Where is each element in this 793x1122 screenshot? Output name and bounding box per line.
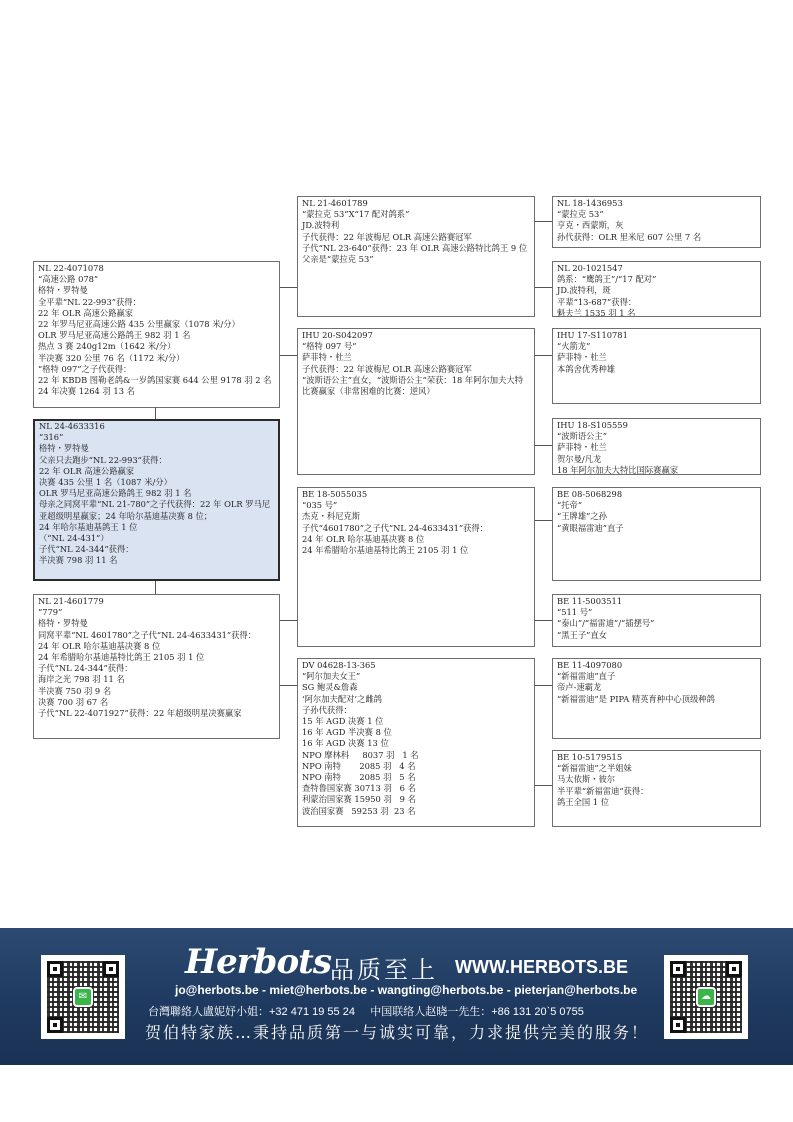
pedigree-text-line: 24 年决赛 1264 羽 13 名 (38, 386, 275, 397)
ring-number: NL 24-4633316 (39, 421, 274, 432)
pedigree-dam-dam-box: DV 04628-13-365“阿尔加夫女王”SG 鲍灵&詹森‘阿尔加夫配对’之… (297, 658, 535, 827)
footer-banner: ✉ Herbots 品质至上 WWW.HERBOTS.BE jo@herbots… (0, 928, 793, 1065)
pedigree-text-line: 半决赛 320 公里 76 名（1172 米/分） (38, 353, 275, 364)
ring-number: BE 18-5055035 (302, 489, 530, 500)
ring-number: BE 11-4097080 (557, 660, 756, 671)
pedigree-text-line: 热点 3 赛 240g12m（1642 米/分） (38, 341, 275, 352)
ring-number: BE 10-5179515 (557, 752, 756, 763)
pedigree-text-line: “高速公路 078” (38, 274, 275, 285)
ring-number: NL 18-1436953 (557, 198, 756, 209)
ring-number: BE 08-5068298 (557, 489, 756, 500)
wechat-icon: ☁ (696, 987, 716, 1007)
pedigree-text-line: 子代“NL 24-344”获得： (39, 544, 274, 555)
connector-line (535, 685, 552, 686)
pedigree-text-line: “蒙拉克 53” (557, 209, 756, 220)
pedigree-text-line: 半平辈“新福雷迪”获得： (557, 786, 756, 797)
pedigree-text-line: 波治国家赛 59253 羽 23 名 (302, 806, 530, 817)
pedigree-text-line: 格特・罗特曼 (39, 443, 274, 454)
pedigree-sire-sire-box: NL 21-4601789“蒙拉克 53”X“17 配对鸽系”JD.波特利子代获… (297, 196, 535, 317)
pedigree-gen3-box-5: BE 08-5068298“托帝”“王牌雄”之孙“黄眼福雷迪”直子 (552, 487, 761, 581)
ring-number: IHU 18-S105559 (557, 420, 756, 431)
pedigree-text-line: 格特・罗特曼 (38, 618, 275, 629)
pedigree-text-line: “阿尔加夫女王” (302, 671, 530, 682)
pedigree-text-line: “779” (38, 607, 275, 618)
pedigree-text-line: 父亲只去跑步“NL 22-993”获得： (39, 455, 274, 466)
pedigree-text-line: 子代“NL 23-640”获得：23 年 OLR 高速公路特比鸽王 9 位 (302, 243, 530, 254)
pedigree-text-line: “格特 097”之子代获得： (38, 364, 275, 375)
pedigree-text-line: 22 年 OLR 高速公路赢家 (38, 308, 275, 319)
pedigree-sire-dam-box: IHU 20-S042097“格特 097 号”萨菲特・杜兰子代获得：22 年波… (297, 328, 535, 475)
pedigree-text-line: “新福雷迪”直子 (557, 671, 756, 682)
pedigree-text-line: “黑王子”直女 (557, 630, 756, 641)
pedigree-text-line: “新福雷迪”之半姐妹 (557, 763, 756, 774)
pedigree-text-line: 半决赛 798 羽 11 名 (39, 555, 274, 566)
pedigree-text-line: 24 年希腊哈尔基迪基特比鸽王 2105 羽 1 位 (38, 652, 275, 663)
pedigree-text-line: 萨菲特・杜兰 (302, 352, 530, 363)
ring-number: NL 20-1021547 (557, 263, 756, 274)
pedigree-dam-box: NL 21-4601779“779”格特・罗特曼同窝平辈“NL 4601780”… (33, 594, 280, 739)
pedigree-text-line: 魁夫兰 1535 羽 1 名 (557, 308, 756, 317)
pedigree-subject-box: NL 24-4633316“316”格特・罗特曼父亲只去跑步“NL 22-993… (33, 419, 280, 581)
pedigree-text-line: ‘阿尔加夫配对’之雌鸽 (302, 694, 530, 705)
pedigree-text-line: NPO 摩林科 8037 羽 1 名 (302, 750, 530, 761)
pedigree-text-line: 亨克・西蒙斯，灰 (557, 220, 756, 231)
pedigree-text-line: 24 年哈尔基迪基鸽王 1 位 (39, 522, 274, 533)
pedigree-text-line: “035 号” (302, 500, 530, 511)
pedigree-gen3-box-3: IHU 17-S110781“火箭龙”萨菲特・杜兰本鸽舍优秀种雄 (552, 328, 761, 404)
pedigree-text-line: 22 年罗马尼亚高速公路 435 公里赢家（1078 米/分） (38, 319, 275, 330)
herbots-logo: Herbots (185, 942, 331, 982)
pedigree-text-line: 子代获得：22 年波梅尼 OLR 高速公路赛冠军 (302, 364, 530, 375)
connector-line (535, 221, 552, 222)
pedigree-text-line: SG 鲍灵&詹森 (302, 682, 530, 693)
connector-line (280, 355, 297, 356)
pedigree-text-line: OLR 罗马尼亚高速公路鸽王 982 羽 1 名 (39, 488, 274, 499)
pedigree-text-line: JD.波特利，斑 (557, 285, 756, 296)
ring-number: BE 11-5003511 (557, 596, 756, 607)
pedigree-text-line: 决赛 700 羽 67 名 (38, 697, 275, 708)
connector-line (280, 685, 297, 686)
pedigree-text-line: 18 年阿尔加夫大特比国际赛赢家 (557, 465, 756, 475)
pedigree-text-line: 海岸之光 798 羽 11 名 (38, 674, 275, 685)
pedigree-text-line: 16 年 AGD 半决赛 8 位 (302, 727, 530, 738)
pedigree-gen3-box-8: BE 10-5179515“新福雷迪”之半姐妹马太依斯・彼尔半平辈“新福雷迪”获… (552, 750, 761, 827)
ring-number: NL 22-4071078 (38, 263, 275, 274)
pedigree-text-line: “泰山”/“福雷迪”/“插摆号” (557, 618, 756, 629)
ring-number: IHU 20-S042097 (302, 330, 530, 341)
pedigree-text-line: “王牌雄”之孙 (557, 511, 756, 522)
contact-phones: 台灣聯絡人盧妮妤小姐：+32 471 19 55 24 中国联络人赵晓一先生：+… (148, 1003, 584, 1019)
pedigree-text-line: 22 年 OLR 高速公路赢家 (39, 466, 274, 477)
pedigree-text-line: 15 年 AGD 决赛 1 位 (302, 716, 530, 727)
motto: 贺伯特家族…秉持品质第一与诚实可靠，力求提供完美的服务！ (145, 1020, 649, 1043)
pedigree-text-line: 马太依斯・彼尔 (557, 774, 756, 785)
line-icon: ✉ (73, 987, 93, 1007)
line-qr-code[interactable]: ✉ (41, 955, 125, 1039)
pedigree-text-line: （“NL 24-431”） (39, 533, 274, 544)
qr-finder (103, 961, 119, 977)
connector-line (280, 287, 297, 288)
pedigree-gen3-box-1: NL 18-1436953“蒙拉克 53”亨克・西蒙斯，灰孙代获得：OLR 里米… (552, 196, 761, 248)
ring-number: IHU 17-S110781 (557, 330, 756, 341)
pedigree-text-line: “316” (39, 432, 274, 443)
pedigree-sire-box: NL 22-4071078“高速公路 078”格特・罗特曼全平辈“NL 22-9… (33, 261, 280, 408)
pedigree-text-line: 母亲之同窝平辈“NL 21-780”之子代获得：22 年 OLR 罗马尼亚超级明… (39, 499, 274, 521)
pedigree-text-line: “新福雷迪”是 PIPA 精英育种中心顶级种鸽 (557, 694, 756, 705)
pedigree-text-line: “格特 097 号” (302, 341, 530, 352)
pedigree-gen3-box-4: IHU 18-S105559“波斯语公主”萨菲特・杜兰贺尔曼/凡龙18 年阿尔加… (552, 418, 761, 475)
pedigree-text-line: “波斯语公主”直女，“波斯语公主”荣获：18 年阿尔加夫大特比赛赢家（非常困难的… (302, 375, 530, 397)
connector-line (155, 407, 156, 419)
pedigree-text-line: 杰克・科尼克斯 (302, 511, 530, 522)
pedigree-text-line: 24 年 OLR 哈尔基迪基决赛 8 位 (38, 641, 275, 652)
wechat-qr-code[interactable]: ☁ (664, 955, 748, 1039)
pedigree-text-line: NPO 南特 2085 羽 5 名 (302, 772, 530, 783)
qr-finder (47, 961, 63, 977)
connector-line (155, 581, 156, 594)
pedigree-dam-sire-box: BE 18-5055035“035 号”杰克・科尼克斯子代“4601780”之子… (297, 487, 535, 647)
pedigree-text-line: 子代“NL 24-344”获得： (38, 663, 275, 674)
email-links[interactable]: jo@herbots.be - miet@herbots.be - wangti… (175, 983, 637, 997)
connector-line (280, 620, 297, 621)
pedigree-text-line: 子代“4601780”之子代“NL 24-4633431”获得： (302, 523, 530, 534)
pedigree-text-line: JD.波特利 (302, 220, 530, 231)
pedigree-text-line: 16 年 AGD 决赛 13 位 (302, 738, 530, 749)
pedigree-text-line: 全平辈“NL 22-993”获得： (38, 297, 275, 308)
pedigree-text-line: 同窝平辈“NL 4601780”之子代“NL 24-4633431”获得： (38, 630, 275, 641)
pedigree-text-line: NPO 南特 2085 羽 4 名 (302, 761, 530, 772)
pedigree-text-line: 帝卢-速霸龙 (557, 682, 756, 693)
pedigree-text-line: “511 号” (557, 607, 756, 618)
pedigree-text-line: 格特・罗特曼 (38, 285, 275, 296)
pedigree-text-line: 子代“NL 22-4071927”获得：22 年超级明星决赛赢家 (38, 708, 275, 719)
pedigree-text-line: 贺尔曼/凡龙 (557, 454, 756, 465)
qr-finder (670, 1017, 686, 1033)
website-link[interactable]: WWW.HERBOTS.BE (455, 957, 628, 978)
pedigree-text-line: “蒙拉克 53”X“17 配对鸽系” (302, 209, 530, 220)
pedigree-text-line: 24 年 OLR 哈尔基迪基决赛 8 位 (302, 534, 530, 545)
pedigree-text-line: “波斯语公主” (557, 431, 756, 442)
pedigree-text-line: 平辈“13-687”获得： (557, 297, 756, 308)
pedigree-text-line: OLR 罗马尼亚高速公路鸽王 982 羽 1 名 (38, 330, 275, 341)
pedigree-text-line: 萨菲特・杜兰 (557, 442, 756, 453)
pedigree-gen3-box-6: BE 11-5003511“511 号”“泰山”/“福雷迪”/“插摆号”“黑王子… (552, 594, 761, 647)
ring-number: DV 04628-13-365 (302, 660, 530, 671)
ring-number: NL 21-4601789 (302, 198, 530, 209)
qr-finder (670, 961, 686, 977)
ring-number: NL 21-4601779 (38, 596, 275, 607)
connector-line (535, 445, 552, 446)
qr-finder (726, 961, 742, 977)
pedigree-text-line: 鸽系：“鹰鸽王”/“17 配对” (557, 274, 756, 285)
pedigree-text-line: 本鸽舍优秀种雄 (557, 364, 756, 375)
connector-line (535, 620, 552, 621)
pedigree-text-line: 孙代获得：OLR 里米尼 607 公里 7 名 (557, 232, 756, 243)
pedigree-text-line: 24 年希腊哈尔基迪基特比鸽王 2105 羽 1 位 (302, 545, 530, 556)
connector-line (535, 355, 552, 356)
pedigree-text-line: 决赛 435 公里 1 名（1087 米/分） (39, 477, 274, 488)
pedigree-text-line: 萨菲特・杜兰 (557, 352, 756, 363)
pedigree-text-line: “托帝” (557, 500, 756, 511)
pedigree-text-line: 子代获得：22 年波梅尼 OLR 高速公路赛冠军 (302, 232, 530, 243)
pedigree-text-line: 查特鲁国家赛 30713 羽 6 名 (302, 783, 530, 794)
slogan: 品质至上 (330, 950, 438, 985)
pedigree-text-line: 鸽王全国 1 位 (557, 797, 756, 808)
qr-finder (47, 1017, 63, 1033)
pedigree-text-line: 父亲是“蒙拉克 53” (302, 254, 530, 265)
pedigree-text-line: 利蒙治国家赛 15950 羽 9 名 (302, 794, 530, 805)
pedigree-text-line: 22 年 KBDB 图勒老鸽&一岁鸽国家赛 644 公里 9178 羽 2 名 (38, 375, 275, 386)
pedigree-gen3-box-2: NL 20-1021547鸽系：“鹰鸽王”/“17 配对”JD.波特利，斑平辈“… (552, 261, 761, 317)
pedigree-text-line: “黄眼福雷迪”直子 (557, 523, 756, 534)
pedigree-gen3-box-7: BE 11-4097080“新福雷迪”直子帝卢-速霸龙“新福雷迪”是 PIPA … (552, 658, 761, 739)
connector-line (535, 520, 552, 521)
connector-line (535, 287, 552, 288)
pedigree-text-line: 半决赛 750 羽 9 名 (38, 686, 275, 697)
connector-line (535, 785, 552, 786)
pedigree-text-line: 子孙代获得： (302, 705, 530, 716)
pedigree-text-line: “火箭龙” (557, 341, 756, 352)
